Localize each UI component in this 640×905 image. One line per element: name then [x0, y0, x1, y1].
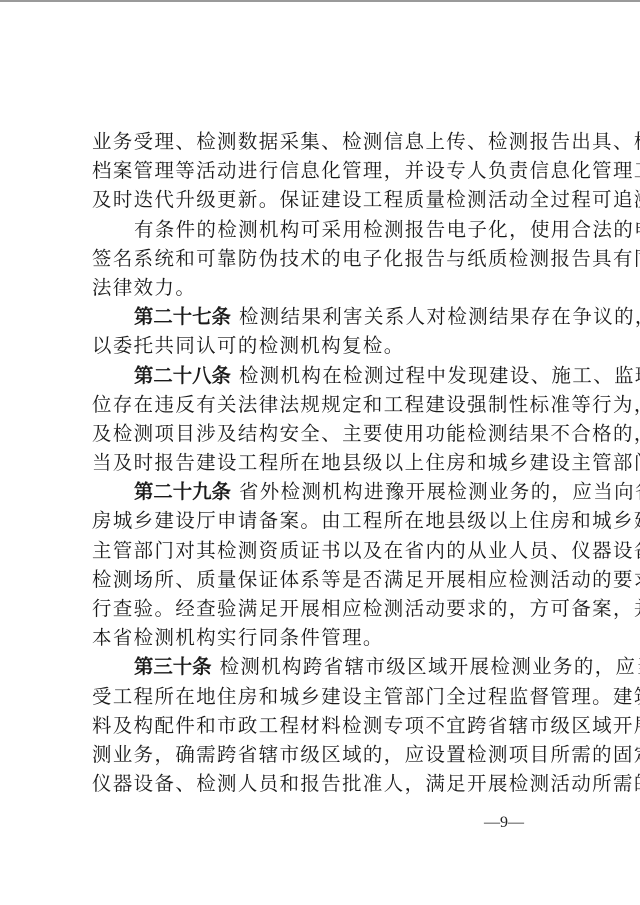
text-line: 行查验。经查验满足开展相应检测活动要求的，方可备案，并与 — [92, 594, 558, 623]
text-line: 及时迭代升级更新。保证建设工程质量检测活动全过程可追溯。 — [92, 185, 558, 214]
article-heading: 第二十九条 — [134, 480, 231, 503]
text-line: 业务受理、检测数据采集、检测信息上传、检测报告出具、检测 — [92, 127, 558, 156]
text-line: 法律效力。 — [92, 273, 558, 302]
article-text: 检测机构在检测过程中发现建设、施工、监理单 — [239, 364, 640, 387]
text-line: 第二十七条检测结果利害关系人对检测结果存在争议的，可 — [92, 302, 558, 331]
article-text: 检测机构跨省辖市级区域开展检测业务的，应当接 — [220, 655, 640, 678]
text-line: 第二十九条省外检测机构进豫开展检测业务的，应当向省住 — [92, 477, 558, 506]
article-heading: 第二十七条 — [134, 305, 231, 328]
document-body: 业务受理、检测数据采集、检测信息上传、检测报告出具、检测 档案管理等活动进行信息… — [92, 127, 558, 798]
article-heading: 第二十八条 — [134, 364, 231, 387]
text-line: 受工程所在地住房和城乡建设主管部门全过程监督管理。建筑材 — [92, 682, 558, 711]
text-line: 第二十八条检测机构在检测过程中发现建设、施工、监理单 — [92, 361, 558, 390]
text-line: 及检测项目涉及结构安全、主要使用功能检测结果不合格的，应 — [92, 419, 558, 448]
text-line: 当及时报告建设工程所在地县级以上住房和城乡建设主管部门。 — [92, 448, 558, 477]
article-27: 第二十七条检测结果利害关系人对检测结果存在争议的，可 以委托共同认可的检测机构复… — [92, 302, 558, 360]
article-heading: 第三十条 — [134, 655, 212, 678]
paragraph-informatization: 业务受理、检测数据采集、检测信息上传、检测报告出具、检测 档案管理等活动进行信息… — [92, 127, 558, 215]
paragraph-electronic-report: 有条件的检测机构可采用检测报告电子化，使用合法的电子 签名系统和可靠防伪技术的电… — [92, 215, 558, 303]
text-line: 以委托共同认可的检测机构复检。 — [92, 331, 558, 360]
text-line: 仪器设备、检测人员和报告批准人，满足开展检测活动所需的检 — [92, 769, 558, 798]
text-line: 有条件的检测机构可采用检测报告电子化，使用合法的电子 — [92, 215, 558, 244]
text-line: 检测场所、质量保证体系等是否满足开展相应检测活动的要求进 — [92, 565, 558, 594]
page-number: —9— — [484, 814, 524, 832]
article-28: 第二十八条检测机构在检测过程中发现建设、施工、监理单 位存在违反有关法律法规规定… — [92, 361, 558, 478]
article-text: 检测结果利害关系人对检测结果存在争议的，可 — [239, 305, 640, 328]
scan-top-edge — [0, 0, 640, 2]
text-line: 房城乡建设厅申请备案。由工程所在地县级以上住房和城乡建设 — [92, 506, 558, 535]
text-line: 主管部门对其检测资质证书以及在省内的从业人员、仪器设备、 — [92, 536, 558, 565]
text-line: 档案管理等活动进行信息化管理，并设专人负责信息化管理工作， — [92, 156, 558, 185]
text-line: 位存在违反有关法律法规规定和工程建设强制性标准等行为，以 — [92, 390, 558, 419]
article-29: 第二十九条省外检测机构进豫开展检测业务的，应当向省住 房城乡建设厅申请备案。由工… — [92, 477, 558, 652]
text-line: 签名系统和可靠防伪技术的电子化报告与纸质检测报告具有同等 — [92, 244, 558, 273]
text-line: 本省检测机构实行同条件管理。 — [92, 623, 558, 652]
text-line: 料及构配件和市政工程材料检测专项不宜跨省辖市级区域开展检 — [92, 711, 558, 740]
article-30: 第三十条检测机构跨省辖市级区域开展检测业务的，应当接 受工程所在地住房和城乡建设… — [92, 652, 558, 798]
text-line: 第三十条检测机构跨省辖市级区域开展检测业务的，应当接 — [92, 652, 558, 681]
text-line: 测业务，确需跨省辖市级区域的，应设置检测项目所需的固定的 — [92, 740, 558, 769]
article-text: 省外检测机构进豫开展检测业务的，应当向省住 — [239, 480, 640, 503]
